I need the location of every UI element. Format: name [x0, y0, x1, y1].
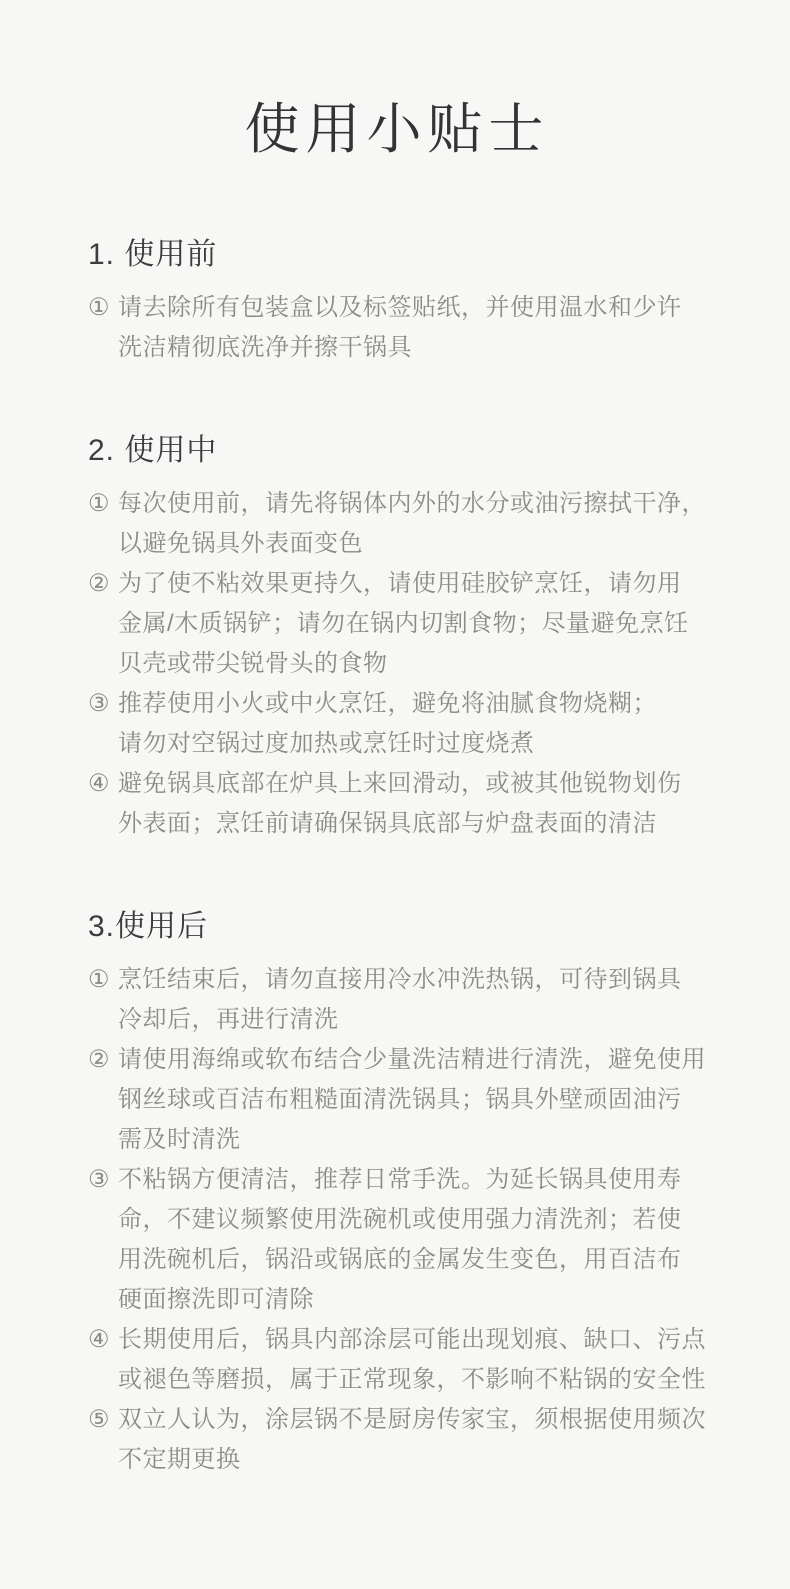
- tip-marker-circled-1: ①: [88, 960, 118, 1000]
- tip-item: ③ 推荐使用小火或中火烹饪，避免将油腻食物烧糊； 请勿对空锅过度加热或烹饪时过度…: [88, 684, 706, 764]
- tip-text: 烹饪结束后，请勿直接用冷水冲洗热锅，可待到锅具 冷却后，再进行清洗: [118, 960, 706, 1040]
- tip-text: 避免锅具底部在炉具上来回滑动，或被其他锐物划伤 外表面；烹饪前请确保锅具底部与炉…: [118, 764, 706, 844]
- section-after-use: 3.使用后 ① 烹饪结束后，请勿直接用冷水冲洗热锅，可待到锅具 冷却后，再进行清…: [88, 906, 706, 1480]
- section-before-use: 1. 使用前 ① 请去除所有包装盒以及标签贴纸，并使用温水和少许 洗洁精彻底洗净…: [88, 234, 706, 368]
- usage-tips-page: 使用小贴士 1. 使用前 ① 请去除所有包装盒以及标签贴纸，并使用温水和少许 洗…: [0, 0, 790, 1589]
- tip-item: ④ 长期使用后，锅具内部涂层可能出现划痕、缺口、污点 或褪色等磨损，属于正常现象…: [88, 1320, 706, 1400]
- tip-text: 双立人认为，涂层锅不是厨房传家宝，须根据使用频次 不定期更换: [118, 1400, 706, 1480]
- section-heading-after-use: 3.使用后: [88, 906, 706, 948]
- tip-item: ① 烹饪结束后，请勿直接用冷水冲洗热锅，可待到锅具 冷却后，再进行清洗: [88, 960, 706, 1040]
- tip-item: ② 请使用海绵或软布结合少量洗洁精进行清洗，避免使用 钢丝球或百洁布粗糙面清洗锅…: [88, 1040, 706, 1160]
- tip-marker-circled-4: ④: [88, 1320, 118, 1360]
- tip-item: ① 每次使用前，请先将锅体内外的水分或油污擦拭干净， 以避免锅具外表面变色: [88, 484, 706, 564]
- tip-text: 请去除所有包装盒以及标签贴纸，并使用温水和少许 洗洁精彻底洗净并擦干锅具: [118, 288, 706, 368]
- section-heading-during-use: 2. 使用中: [88, 430, 706, 472]
- section-heading-before-use: 1. 使用前: [88, 234, 706, 276]
- tip-marker-circled-5: ⑤: [88, 1400, 118, 1440]
- tip-text: 每次使用前，请先将锅体内外的水分或油污擦拭干净， 以避免锅具外表面变色: [118, 484, 706, 564]
- section-during-use: 2. 使用中 ① 每次使用前，请先将锅体内外的水分或油污擦拭干净， 以避免锅具外…: [88, 430, 706, 844]
- tip-marker-circled-1: ①: [88, 484, 118, 524]
- tip-item: ③ 不粘锅方便清洁，推荐日常手洗。为延长锅具使用寿 命，不建议频繁使用洗碗机或使…: [88, 1160, 706, 1320]
- tip-text: 推荐使用小火或中火烹饪，避免将油腻食物烧糊； 请勿对空锅过度加热或烹饪时过度烧煮: [118, 684, 706, 764]
- tip-marker-circled-3: ③: [88, 1160, 118, 1200]
- tip-item: ⑤ 双立人认为，涂层锅不是厨房传家宝，须根据使用频次 不定期更换: [88, 1400, 706, 1480]
- tip-item: ④ 避免锅具底部在炉具上来回滑动，或被其他锐物划伤 外表面；烹饪前请确保锅具底部…: [88, 764, 706, 844]
- page-title: 使用小贴士: [88, 96, 706, 162]
- tip-text: 为了使不粘效果更持久，请使用硅胶铲烹饪，请勿用 金属/木质锅铲；请勿在锅内切割食…: [118, 564, 706, 684]
- tip-item: ② 为了使不粘效果更持久，请使用硅胶铲烹饪，请勿用 金属/木质锅铲；请勿在锅内切…: [88, 564, 706, 684]
- tip-item: ① 请去除所有包装盒以及标签贴纸，并使用温水和少许 洗洁精彻底洗净并擦干锅具: [88, 288, 706, 368]
- tip-text: 请使用海绵或软布结合少量洗洁精进行清洗，避免使用 钢丝球或百洁布粗糙面清洗锅具；…: [118, 1040, 706, 1160]
- tip-marker-circled-2: ②: [88, 564, 118, 604]
- tip-text: 长期使用后，锅具内部涂层可能出现划痕、缺口、污点 或褪色等磨损，属于正常现象，不…: [118, 1320, 706, 1400]
- tip-text: 不粘锅方便清洁，推荐日常手洗。为延长锅具使用寿 命，不建议频繁使用洗碗机或使用强…: [118, 1160, 706, 1320]
- tip-marker-circled-2: ②: [88, 1040, 118, 1080]
- tip-marker-circled-4: ④: [88, 764, 118, 804]
- tip-marker-circled-3: ③: [88, 684, 118, 724]
- tip-marker-circled-1: ①: [88, 288, 118, 328]
